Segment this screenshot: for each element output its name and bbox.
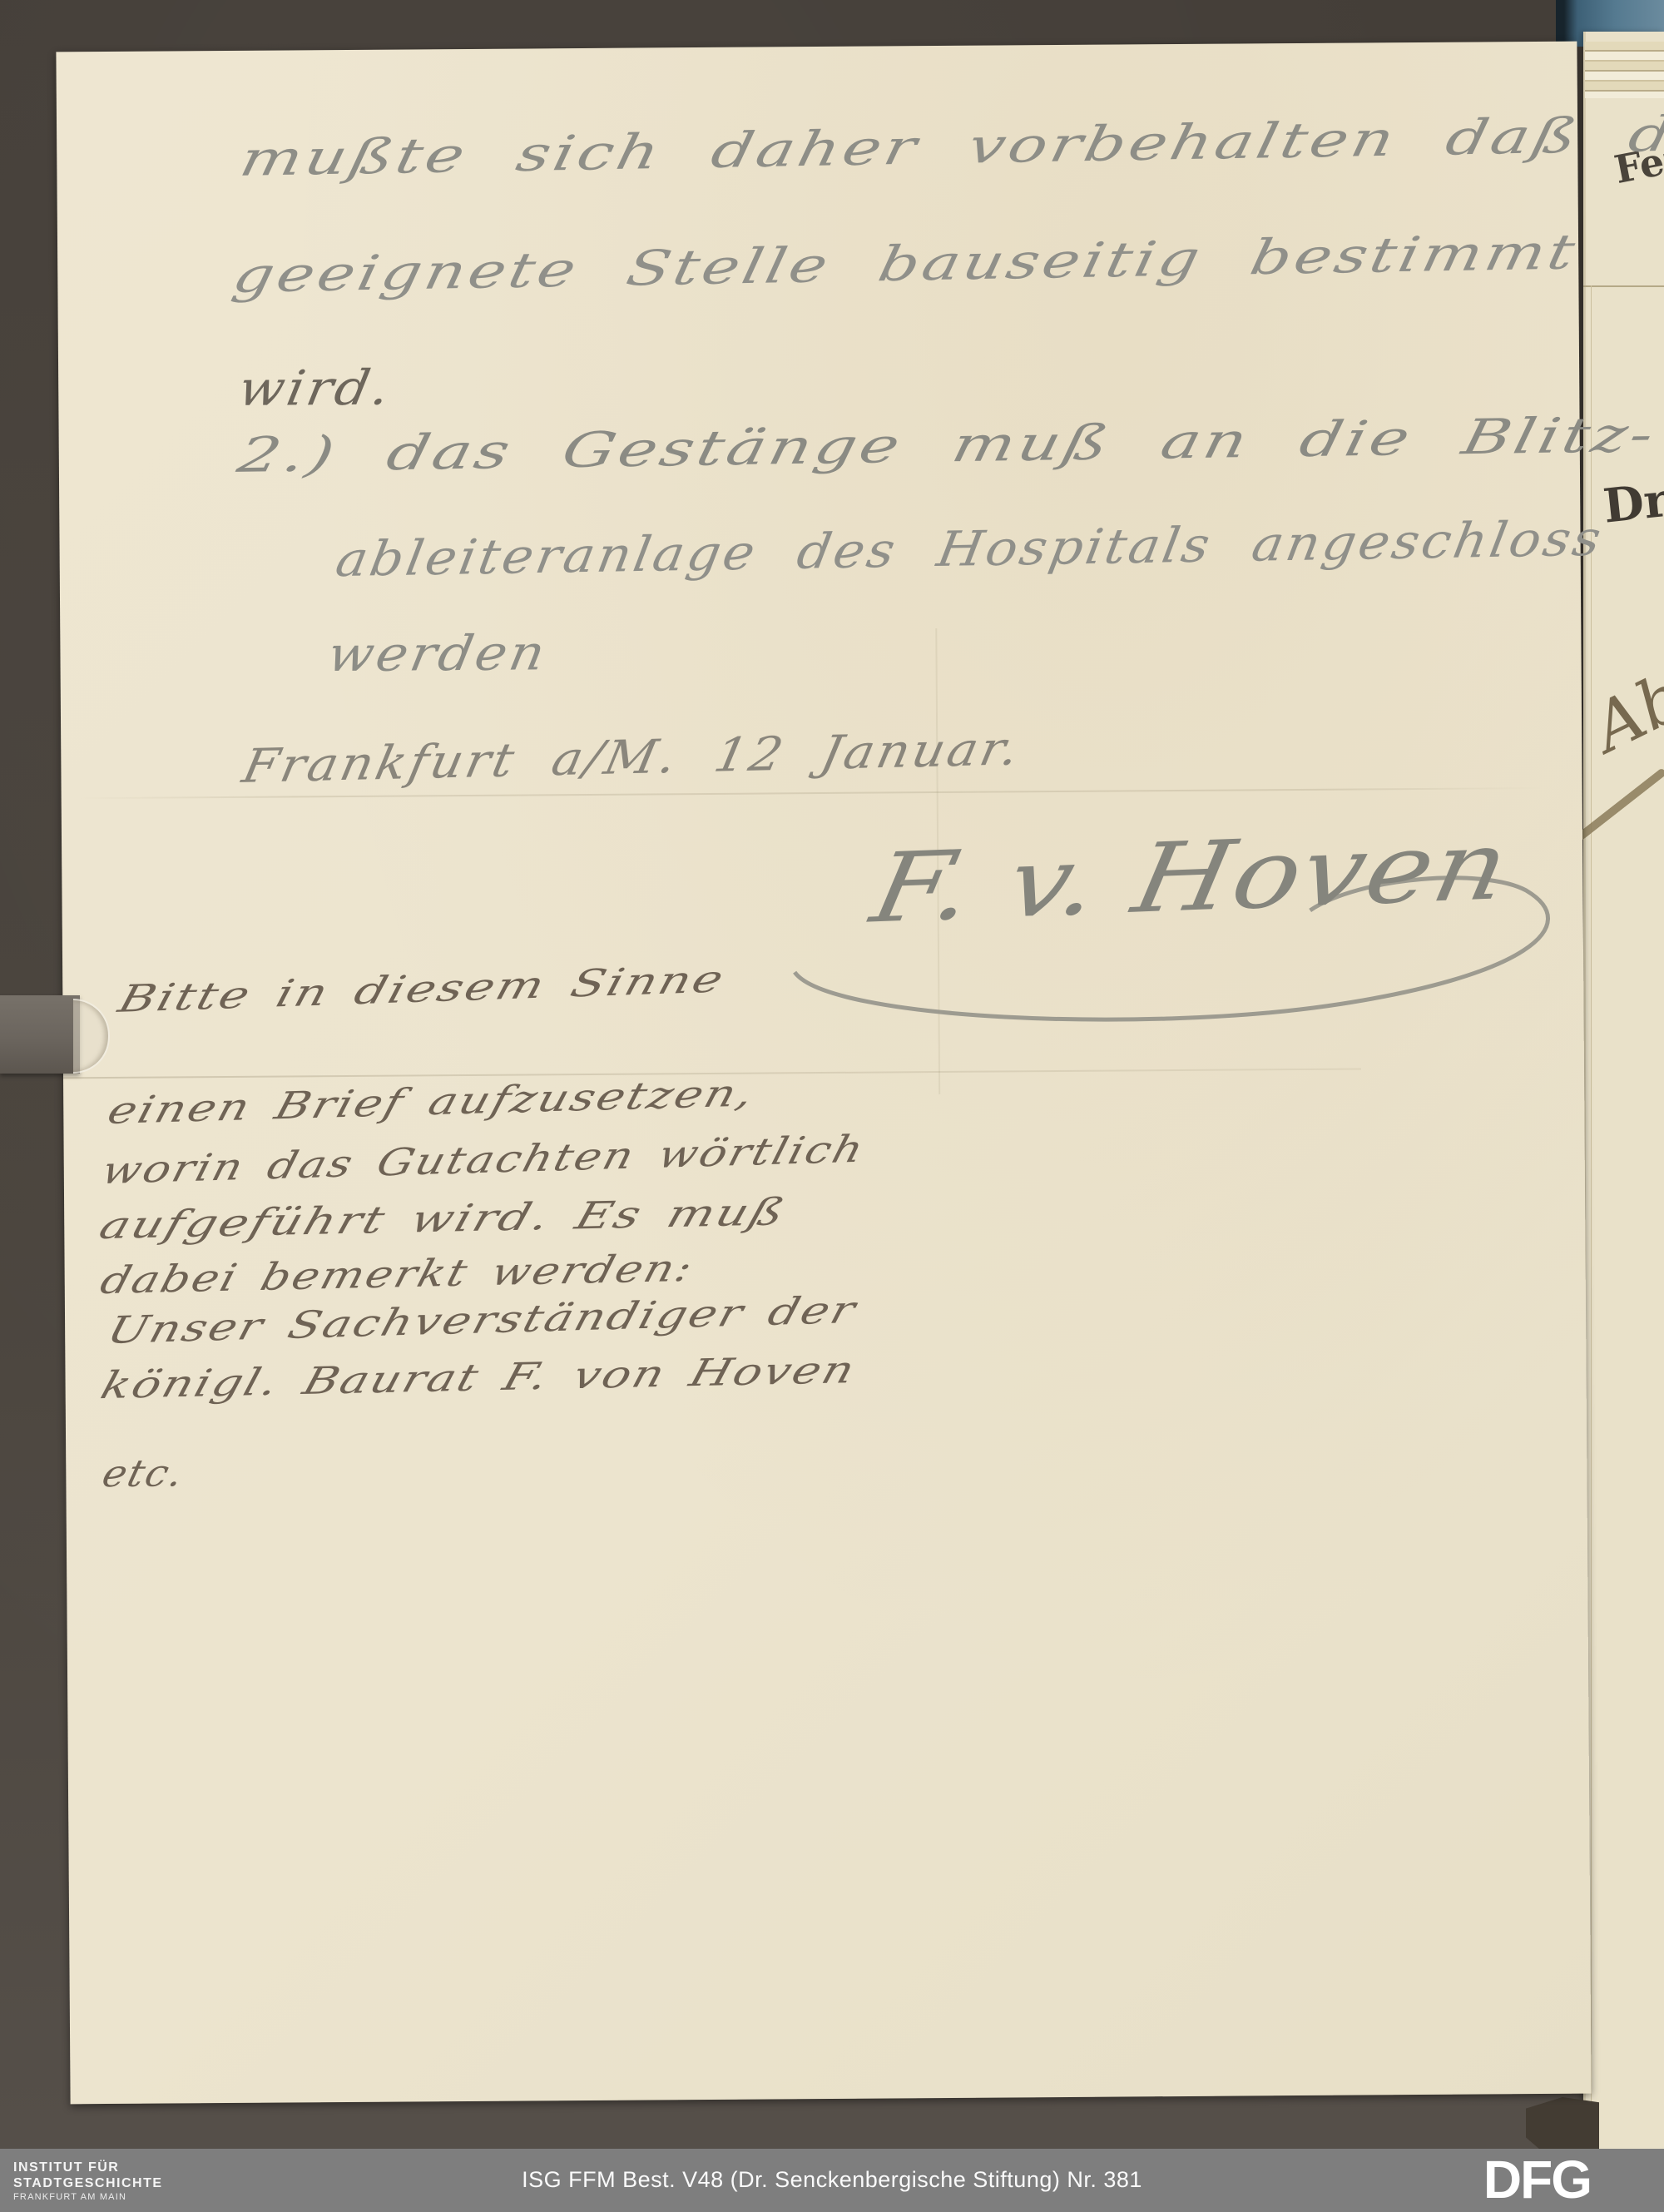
note-line: worin das Gutachten wörtlich — [97, 1127, 870, 1193]
letter-page: mußte sich daher vorbehalten daß die gee… — [56, 42, 1591, 2105]
archive-reference: ISG FFM Best. V48 (Dr. Senckenbergische … — [0, 2167, 1664, 2193]
note-line: Bitte in diesem Sinne — [114, 956, 730, 1020]
paper-stack-edge — [1583, 32, 1664, 2212]
note-line: aufgeführt wird. Es muß — [94, 1189, 791, 1247]
archive-scan: Fer Dr. Ab. mußte sich daher vorbehalten… — [0, 0, 1664, 2212]
dfg-logo: DFG — [1483, 2149, 1591, 2210]
dateline: Frankfurt a/M. 12 Januar. — [238, 722, 1026, 794]
handwriting-line: mußte sich daher vorbehalten daß die — [235, 104, 1664, 187]
footer-bar: INSTITUT FÜR STADTGESCHICHTE FRANKFURT A… — [0, 2149, 1664, 2212]
handwriting-line: ableiteranlage des Hospitals angeschloss — [332, 510, 1607, 588]
stacked-page-edges — [1585, 42, 1664, 98]
page-crease-line — [1591, 285, 1592, 2212]
paper-clip — [0, 995, 80, 1074]
handwriting-line: werden — [324, 624, 552, 682]
page-edge-line — [1583, 285, 1664, 287]
printed-fragment-dr: Dr. — [1601, 471, 1664, 533]
handwriting-line: 2.) das Gestänge muß an die Blitz- — [233, 406, 1662, 484]
note-line: etc. — [98, 1451, 190, 1495]
note-line: einen Brief aufzusetzen, — [103, 1070, 760, 1133]
handwriting-line: geeignete Stelle bauseitig bestimmt — [228, 223, 1582, 304]
handwriting-line: wird. — [234, 360, 397, 417]
note-line: königl. Baurat F. von Hoven — [96, 1347, 861, 1407]
institute-city-line: FRANKFURT AM MAIN — [13, 2193, 163, 2202]
